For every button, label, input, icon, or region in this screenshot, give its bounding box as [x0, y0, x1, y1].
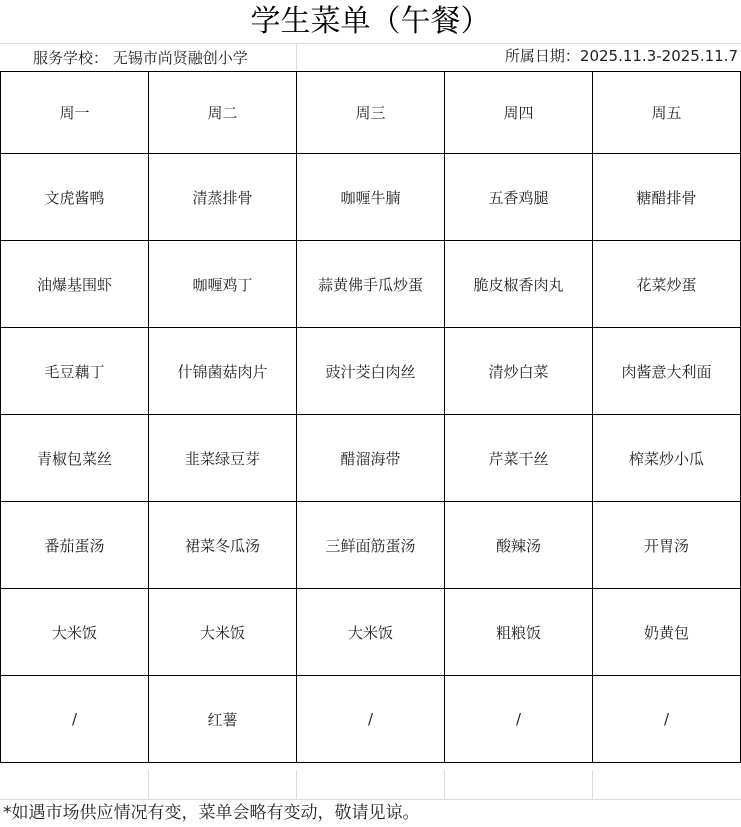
menu-cell: 奶黄包 — [593, 589, 741, 676]
menu-cell: 脆皮椒香肉丸 — [445, 241, 593, 328]
menu-cell: 大米饭 — [1, 589, 149, 676]
date-info: 所属日期：2025.11.3-2025.11.7 — [505, 45, 738, 67]
table-row: 毛豆藕丁 什锦菌菇肉片 豉汁茭白肉丝 清炒白菜 肉酱意大利面 — [1, 328, 741, 415]
blank-cell — [296, 770, 445, 800]
menu-cell: 什锦菌菇肉片 — [149, 328, 297, 415]
divider — [0, 43, 741, 44]
menu-cell: 醋溜海带 — [297, 415, 445, 502]
header-monday: 周一 — [1, 72, 149, 154]
header-thursday: 周四 — [445, 72, 593, 154]
menu-cell: 油爆基围虾 — [1, 241, 149, 328]
menu-table: 周一 周二 周三 周四 周五 文虎酱鸭 清蒸排骨 咖喱牛腩 五香鸡腿 糖醋排骨 … — [0, 71, 741, 763]
menu-cell: 番茄蛋汤 — [1, 502, 149, 589]
menu-cell: 蒜黄佛手瓜炒蛋 — [297, 241, 445, 328]
footer-note: *如遇市场供应情况有变，菜单会略有变动，敬请见谅。 — [3, 800, 420, 826]
header-tuesday: 周二 — [149, 72, 297, 154]
table-row: 大米饭 大米饭 大米饭 粗粮饭 奶黄包 — [1, 589, 741, 676]
menu-cell: 糖醋排骨 — [593, 154, 741, 241]
menu-cell: 酸辣汤 — [445, 502, 593, 589]
blank-cell — [0, 770, 149, 800]
menu-cell: 韭菜绿豆芽 — [149, 415, 297, 502]
menu-cell: 青椒包菜丝 — [1, 415, 149, 502]
school-info: 服务学校： 无锡市尚贤融创小学 — [33, 47, 248, 69]
header-wednesday: 周三 — [297, 72, 445, 154]
menu-cell: 咖喱鸡丁 — [149, 241, 297, 328]
menu-cell: / — [445, 676, 593, 763]
date-label: 所属日期： — [505, 47, 580, 65]
menu-cell: 三鲜面筋蛋汤 — [297, 502, 445, 589]
blank-row — [0, 770, 741, 800]
menu-cell: 肉酱意大利面 — [593, 328, 741, 415]
table-row: 番茄蛋汤 裙菜冬瓜汤 三鲜面筋蛋汤 酸辣汤 开胃汤 — [1, 502, 741, 589]
school-label: 服务学校： — [33, 49, 108, 67]
header-friday: 周五 — [593, 72, 741, 154]
menu-cell: 芹菜干丝 — [445, 415, 593, 502]
date-range: 2025.11.3-2025.11.7 — [580, 47, 738, 65]
table-row: 文虎酱鸭 清蒸排骨 咖喱牛腩 五香鸡腿 糖醋排骨 — [1, 154, 741, 241]
menu-cell: 清炒白菜 — [445, 328, 593, 415]
menu-cell: 开胃汤 — [593, 502, 741, 589]
table-row: 油爆基围虾 咖喱鸡丁 蒜黄佛手瓜炒蛋 脆皮椒香肉丸 花菜炒蛋 — [1, 241, 741, 328]
menu-cell: / — [297, 676, 445, 763]
divider — [296, 43, 297, 71]
school-name: 无锡市尚贤融创小学 — [113, 49, 248, 67]
blank-cell — [444, 770, 593, 800]
menu-cell: 文虎酱鸭 — [1, 154, 149, 241]
menu-cell: 毛豆藕丁 — [1, 328, 149, 415]
menu-cell: 豉汁茭白肉丝 — [297, 328, 445, 415]
menu-cell: 裙菜冬瓜汤 — [149, 502, 297, 589]
blank-cell — [148, 770, 297, 800]
menu-cell: 红薯 — [149, 676, 297, 763]
menu-cell: 五香鸡腿 — [445, 154, 593, 241]
table-row: 青椒包菜丝 韭菜绿豆芽 醋溜海带 芹菜干丝 榨菜炒小瓜 — [1, 415, 741, 502]
table-row: / 红薯 / / / — [1, 676, 741, 763]
menu-cell: 花菜炒蛋 — [593, 241, 741, 328]
menu-cell: 清蒸排骨 — [149, 154, 297, 241]
menu-cell: 大米饭 — [297, 589, 445, 676]
menu-cell: 粗粮饭 — [445, 589, 593, 676]
menu-cell: / — [1, 676, 149, 763]
menu-cell: 大米饭 — [149, 589, 297, 676]
menu-cell: 咖喱牛腩 — [297, 154, 445, 241]
menu-cell: 榨菜炒小瓜 — [593, 415, 741, 502]
header-row: 周一 周二 周三 周四 周五 — [1, 72, 741, 154]
page-title: 学生菜单（午餐） — [0, 0, 741, 43]
menu-cell: / — [593, 676, 741, 763]
